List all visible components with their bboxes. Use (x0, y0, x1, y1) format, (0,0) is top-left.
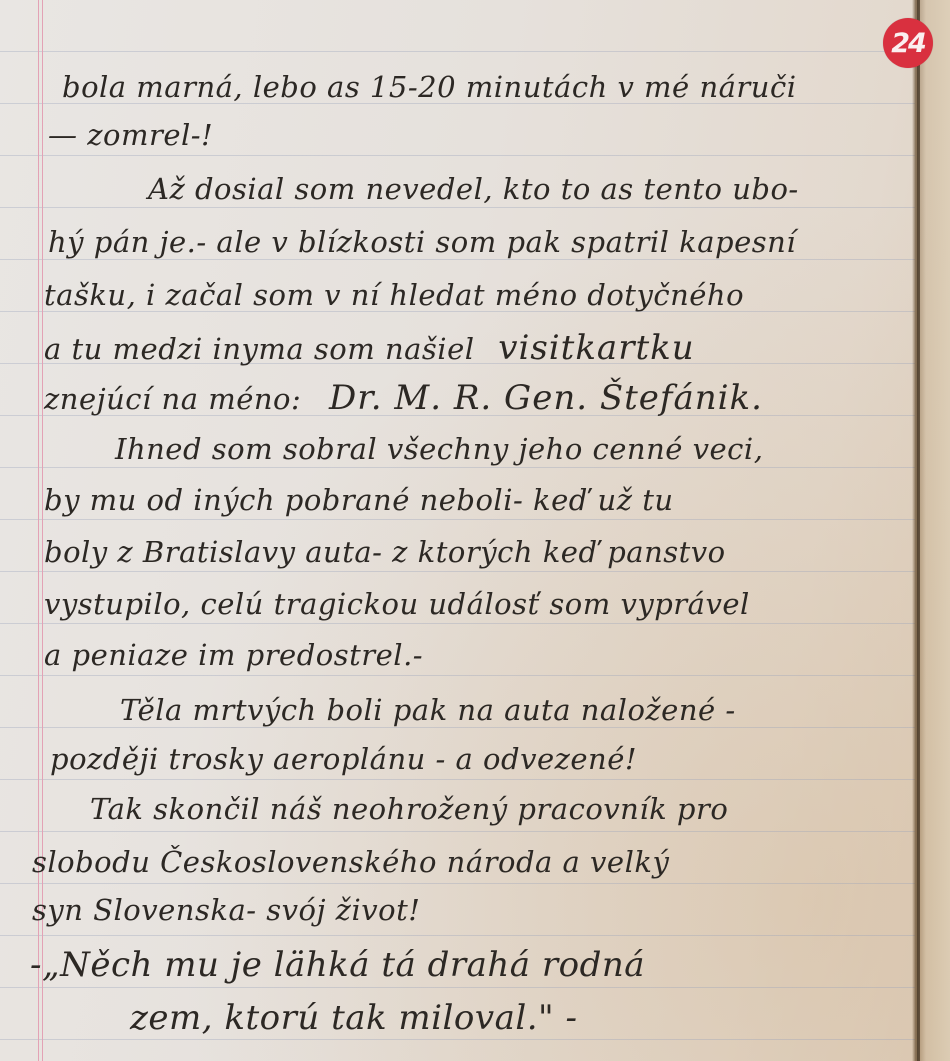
spine-shadow (917, 0, 920, 1061)
news-24-logo: 24 (883, 18, 933, 68)
text-line-7: znejúcí na méno: Dr. M. R. Gen. Štefánik… (44, 378, 763, 418)
text-line-7-main: znejúcí na méno: (44, 382, 301, 416)
text-line-6-main: a tu medzi inyma som našiel (44, 332, 475, 366)
text-line-1: bola marná, lebo as 15-20 minutách v mé … (62, 70, 796, 104)
text-line-11: vystupilo, celú tragickou událosť som vy… (44, 587, 750, 621)
emphasis-name-stefanik: Dr. M. R. Gen. Štefánik. (329, 378, 763, 418)
text-line-12: a peniaze im predostrel.- (44, 638, 423, 672)
notebook-page: bola marná, lebo as 15-20 minutách v mé … (0, 0, 950, 1061)
text-line-10: boly z Bratislavy auta- z ktorých keď pa… (44, 535, 726, 569)
text-line-16: slobodu Československého národa a velký (32, 845, 669, 879)
emphasis-visitkartku: visitkartku (498, 328, 694, 368)
text-line-9: by mu od iných pobrané neboli- keď už tu (44, 483, 674, 517)
text-line-13: Těla mrtvých boli pak na auta naložené - (120, 693, 736, 727)
text-line-15: Tak skončil náš neohrožený pracovník pro (90, 792, 728, 826)
text-line-6: a tu medzi inyma som našiel visitkartku (44, 328, 695, 368)
text-line-5: tašku, i začal som v ní hledat méno doty… (44, 278, 744, 312)
text-line-19: zem, ktorú tak miloval." - (130, 998, 577, 1038)
text-line-3: Až dosial som nevedel, kto to as tento u… (148, 172, 799, 206)
handwritten-text: bola marná, lebo as 15-20 minutách v mé … (0, 0, 910, 1061)
text-line-17: syn Slovenska- svój život! (32, 893, 420, 927)
text-line-8: Ihned som sobral všechny jeho cenné veci… (115, 432, 763, 466)
text-line-14: později trosky aeroplánu - a odvezené! (50, 742, 637, 776)
text-line-4: hý pán je.- ale v blízkosti som pak spat… (48, 225, 796, 259)
text-line-18: -„Něch mu je lähká tá drahá rodná (30, 945, 645, 985)
text-line-2: — zomrel-! (48, 118, 213, 152)
